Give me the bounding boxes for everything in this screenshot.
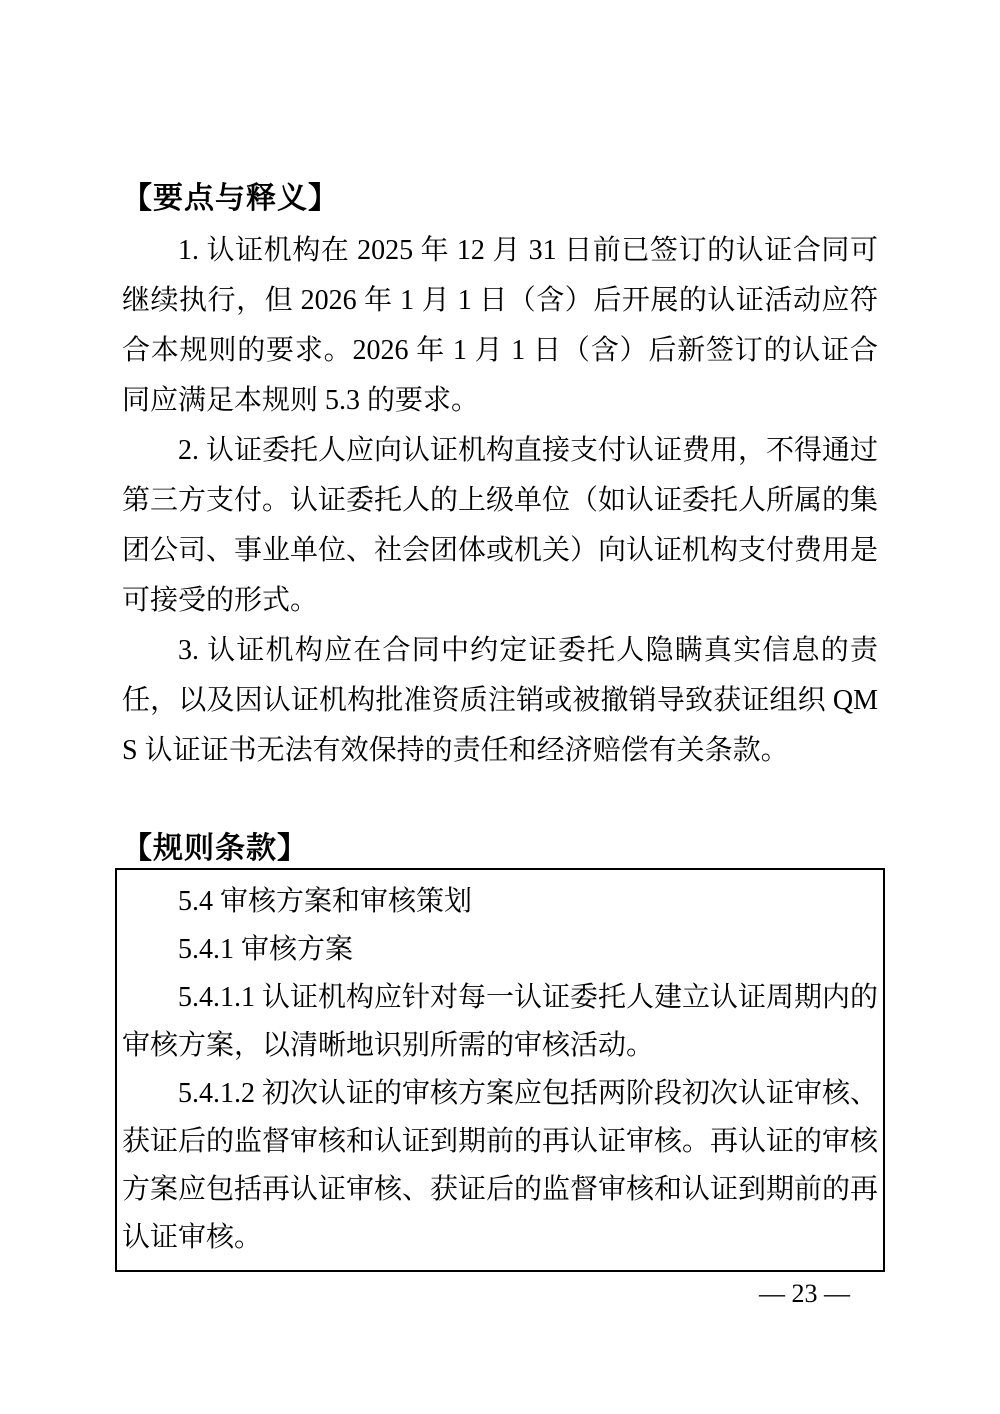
points-paragraph-2: 2. 认证委托人应向认证机构直接支付认证费用，不得通过第三方支付。认证委托人的上… — [122, 426, 878, 626]
clauses-section-title: 【规则条款】 — [122, 833, 878, 865]
document-page: 【要点与释义】 1. 认证机构在 2025 年 12 月 31 日前已签订的认证… — [0, 0, 1000, 1414]
clause-paragraph-3: 5.4.1.1 认证机构应针对每一认证委托人建立认证周期内的审核方案，以清晰地识… — [122, 974, 878, 1070]
clauses-box: 5.4 审核方案和审核策划 5.4.1 审核方案 5.4.1.1 认证机构应针对… — [115, 868, 885, 1272]
page-number: — 23 — — [759, 1280, 850, 1308]
clause-paragraph-1: 5.4 审核方案和审核策划 — [122, 878, 878, 926]
page-content: 【要点与释义】 1. 认证机构在 2025 年 12 月 31 日前已签订的认证… — [122, 183, 878, 1272]
points-paragraph-3: 3. 认证机构应在合同中约定证委托人隐瞒真实信息的责任，以及因认证机构批准资质注… — [122, 626, 878, 776]
points-section-title: 【要点与释义】 — [122, 183, 878, 215]
points-paragraph-1: 1. 认证机构在 2025 年 12 月 31 日前已签订的认证合同可继续执行，… — [122, 226, 878, 426]
clause-paragraph-4: 5.4.1.2 初次认证的审核方案应包括两阶段初次认证审核、获证后的监督审核和认… — [122, 1070, 878, 1262]
clause-paragraph-2: 5.4.1 审核方案 — [122, 926, 878, 974]
